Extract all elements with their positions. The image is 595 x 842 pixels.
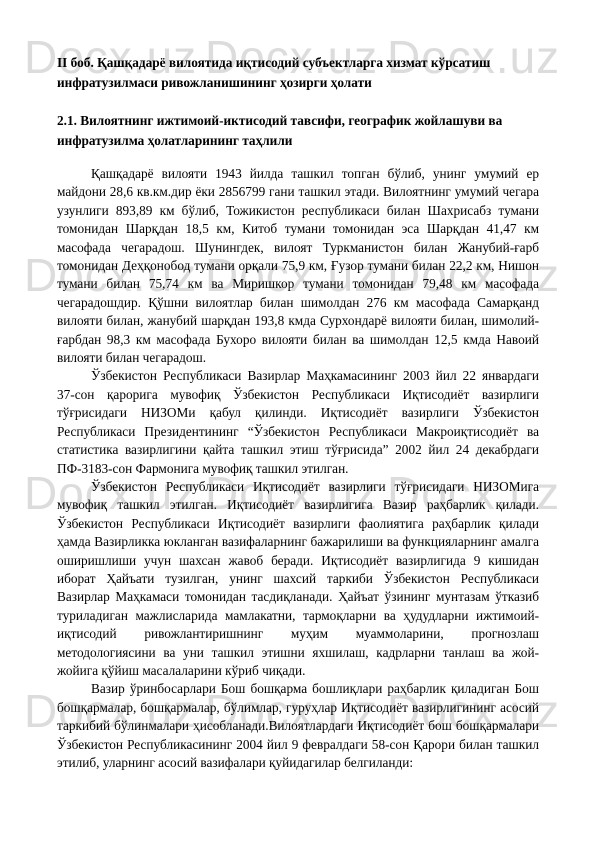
paragraph: Ўзбекистон Республикаси Иқтисодиёт вазир… xyxy=(57,478,539,680)
paragraph: Қашқадарё вилояти 1943 йилда ташкил топг… xyxy=(57,165,539,367)
paragraph: Ўзбекистон Республикаси Вазирлар Маҳкама… xyxy=(57,367,539,477)
section-title: 2.1. Вилоятнинг ижтимоий-иктисодий тавси… xyxy=(57,111,547,151)
chapter-title: II боб. Қашқадарё вилоятида иқтисодий су… xyxy=(57,53,547,93)
paragraph: Вазир ўринбосарлари Бош бошқарма бошлиқл… xyxy=(57,680,539,772)
body-text: Қашқадарё вилояти 1943 йилда ташкил топг… xyxy=(57,165,539,772)
